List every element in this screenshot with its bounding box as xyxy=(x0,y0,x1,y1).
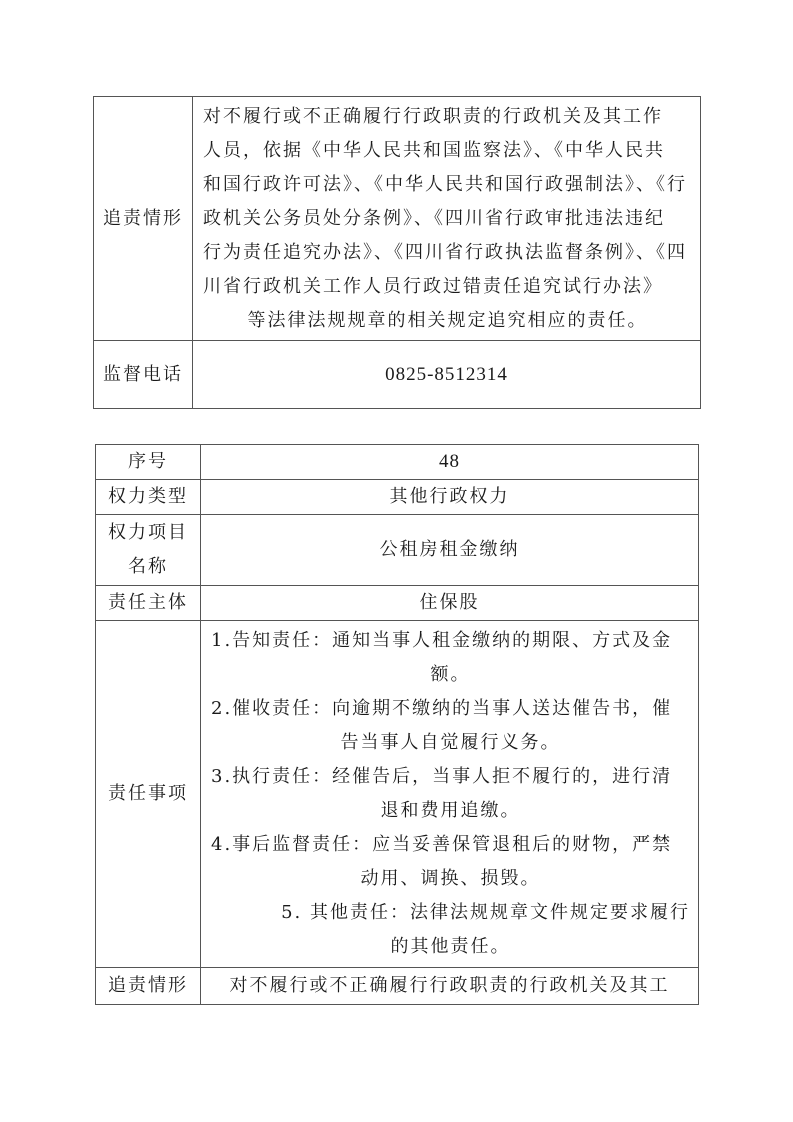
list-item: 3.执行责任：经催告后，当事人拒不履行的，进行清 xyxy=(211,760,690,794)
responsibilities-label: 责任事项 xyxy=(96,621,201,968)
table-row-accountability: 追责情形 对不履行或不正确履行行政职责的行政机关及其工作 人员，依据《中华人民共… xyxy=(94,97,701,341)
list-item: 2.催收责任：向逾期不缴纳的当事人送达催告书，催 xyxy=(211,692,690,726)
accountability-label: 追责情形 xyxy=(94,97,193,341)
table-row-power-type: 权力类型 其他行政权力 xyxy=(96,480,699,515)
list-item: 4.事后监督责任：应当妥善保管退租后的财物，严禁 xyxy=(211,828,690,862)
table-row-responsible-entity: 责任主体 住保股 xyxy=(96,586,699,621)
power-type-value: 其他行政权力 xyxy=(201,480,699,515)
accountability-table-continued: 追责情形 对不履行或不正确履行行政职责的行政机关及其工作 人员，依据《中华人民共… xyxy=(93,96,701,409)
list-item: 5. 其他责任：法律法规规章文件规定要求履行 xyxy=(211,896,690,930)
table-row-responsibilities: 责任事项 1.告知责任：通知当事人租金缴纳的期限、方式及金 额。 2.催收责任：… xyxy=(96,621,699,968)
accountability-text: 对不履行或不正确履行行政职责的行政机关及其工 xyxy=(201,968,699,1005)
responsible-entity-value: 住保股 xyxy=(201,586,699,621)
power-item-name-label: 权力项目名称 xyxy=(96,515,201,586)
responsible-entity-label: 责任主体 xyxy=(96,586,201,621)
serial-label: 序号 xyxy=(96,445,201,480)
supervision-phone-label: 监督电话 xyxy=(94,341,193,409)
power-type-label: 权力类型 xyxy=(96,480,201,515)
accountability-label: 追责情形 xyxy=(96,968,201,1005)
list-item: 1.告知责任：通知当事人租金缴纳的期限、方式及金 xyxy=(211,624,690,658)
accountability-text: 对不履行或不正确履行行政职责的行政机关及其工作 人员，依据《中华人民共和国监察法… xyxy=(193,97,701,341)
power-item-table: 序号 48 权力类型 其他行政权力 权力项目名称 公租房租金缴纳 责任主体 住保… xyxy=(95,444,699,1005)
table-row-supervision-phone: 监督电话 0825-8512314 xyxy=(94,341,701,409)
serial-value: 48 xyxy=(201,445,699,480)
power-item-name-value: 公租房租金缴纳 xyxy=(201,515,699,586)
supervision-phone-value: 0825-8512314 xyxy=(193,341,701,409)
table-row-power-item-name: 权力项目名称 公租房租金缴纳 xyxy=(96,515,699,586)
table-row-accountability: 追责情形 对不履行或不正确履行行政职责的行政机关及其工 xyxy=(96,968,699,1005)
table-row-serial: 序号 48 xyxy=(96,445,699,480)
responsibilities-list: 1.告知责任：通知当事人租金缴纳的期限、方式及金 额。 2.催收责任：向逾期不缴… xyxy=(201,621,699,968)
